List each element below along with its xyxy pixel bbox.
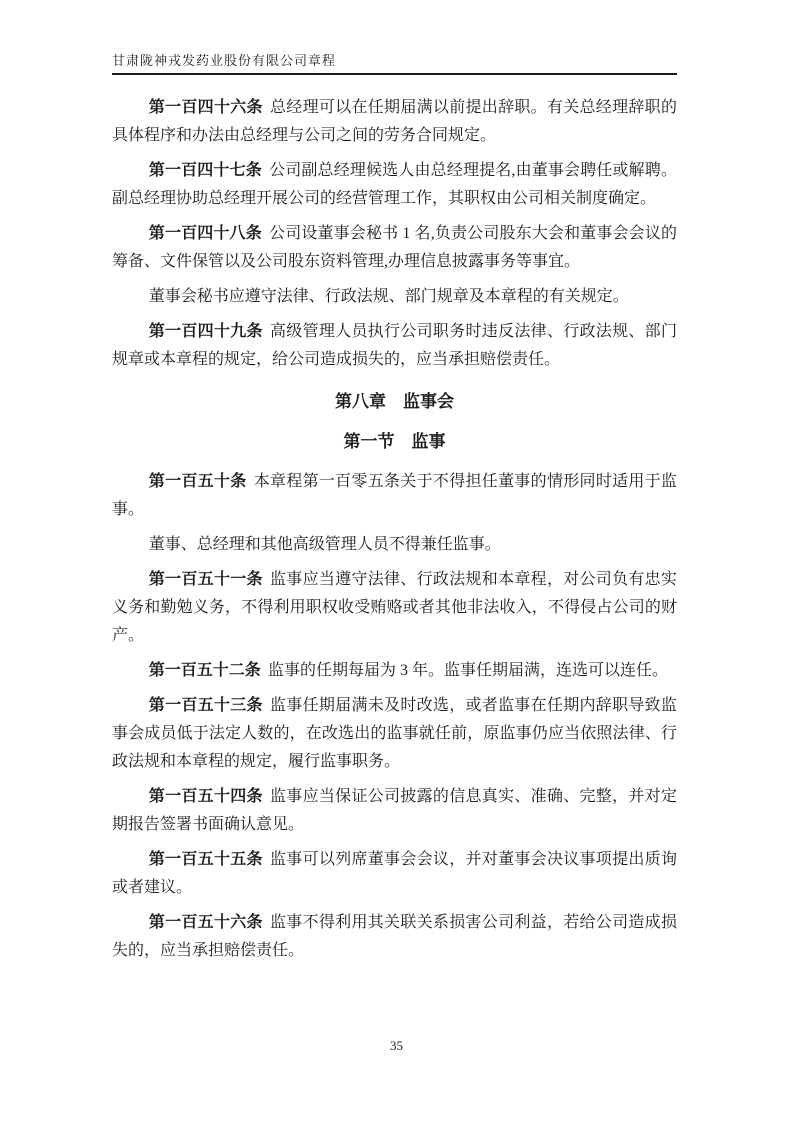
plain-paragraph: 董事、总经理和其他高级管理人员不得兼任监事。 (112, 531, 677, 559)
article-number: 第一百五十五条 (149, 851, 263, 868)
article-paragraph: 第一百四十九条高级管理人员执行公司职务时违反法律、行政法规、部门规章或本章程的规… (112, 318, 677, 374)
article-number: 第一百四十九条 (149, 323, 263, 340)
article-paragraph: 第一百四十八条公司设董事会秘书 1 名,负责公司股东大会和董事会会议的筹备、文件… (112, 220, 677, 276)
article-text: 监事的任期每届为 3 年。监事任期届满，连选可以连任。 (268, 662, 668, 679)
article-paragraph: 第一百五十六条监事不得利用其关联关系损害公司利益，若给公司造成损失的，应当承担赔… (112, 909, 677, 965)
document-body: 第一百四十六条总经理可以在任期届满以前提出辞职。有关总经理辞职的具体程序和办法由… (112, 94, 677, 972)
article-paragraph: 第一百五十一条监事应当遵守法律、行政法规和本章程，对公司负有忠实义务和勤勉义务，… (112, 566, 677, 650)
article-number: 第一百四十八条 (149, 225, 262, 242)
plain-paragraph: 董事会秘书应遵守法律、行政法规、部门规章及本章程的有关规定。 (112, 283, 677, 311)
page-number: 35 (390, 1038, 403, 1053)
article-number: 第一百四十六条 (149, 99, 263, 116)
page-header: 甘肃陇神戎发药业股份有限公司章程 (112, 50, 677, 75)
document-page: 甘肃陇神戎发药业股份有限公司章程 第一百四十六条总经理可以在任期届满以前提出辞职… (0, 0, 793, 1122)
article-number: 第一百五十三条 (149, 697, 263, 714)
chapter-heading: 第八章 监事会 (112, 388, 677, 416)
article-number: 第一百五十四条 (149, 788, 263, 805)
article-number: 第一百五十六条 (149, 914, 263, 931)
article-paragraph: 第一百五十四条监事应当保证公司披露的信息真实、准确、完整，并对定期报告签署书面确… (112, 783, 677, 839)
article-paragraph: 第一百四十七条公司副总经理候选人由总经理提名,由董事会聘任或解聘。副总经理协助总… (112, 157, 677, 213)
article-paragraph: 第一百五十条本章程第一百零五条关于不得担任董事的情形同时适用于监事。 (112, 468, 677, 524)
article-number: 第一百五十一条 (149, 571, 263, 588)
article-paragraph: 第一百四十六条总经理可以在任期届满以前提出辞职。有关总经理辞职的具体程序和办法由… (112, 94, 677, 150)
article-paragraph: 第一百五十五条监事可以列席董事会会议，并对董事会决议事项提出质询或者建议。 (112, 846, 677, 902)
article-paragraph: 第一百五十二条监事的任期每届为 3 年。监事任期届满，连选可以连任。 (112, 657, 677, 685)
article-number: 第一百五十条 (149, 473, 247, 490)
article-number: 第一百五十二条 (149, 662, 261, 679)
article-paragraph: 第一百五十三条监事任期届满未及时改选，或者监事在任期内辞职导致监事会成员低于法定… (112, 692, 677, 776)
paragraph-text: 董事会秘书应遵守法律、行政法规、部门规章及本章程的有关规定。 (149, 288, 629, 305)
section-heading: 第一节 监事 (112, 428, 677, 456)
page-footer: 35 (0, 1038, 793, 1054)
article-number: 第一百四十七条 (149, 162, 262, 179)
header-title: 甘肃陇神戎发药业股份有限公司章程 (112, 53, 336, 68)
paragraph-text: 董事、总经理和其他高级管理人员不得兼任监事。 (149, 536, 501, 553)
